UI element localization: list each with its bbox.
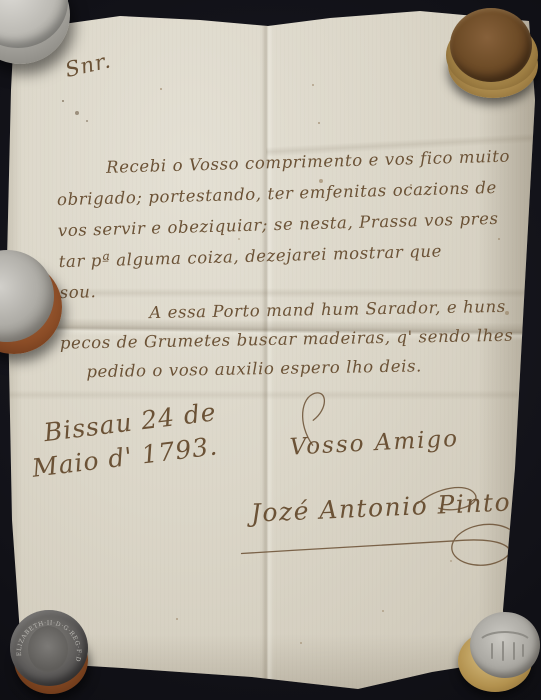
paragraph-2: A essa Porto mand hum Sarador, e huns pe… (59, 291, 538, 386)
salutation: Snr. (63, 48, 114, 82)
handwritten-ink-layer: Snr. Recebi o Vosso comprimento e vos fi… (0, 0, 541, 700)
svg-text:ELIZABETH·II·D·G·REG·F·D·2013: ELIZABETH·II·D·G·REG·F·D·2013 (10, 610, 82, 663)
photo-of-manuscript-letter: Snr. Recebi o Vosso comprimento e vos fi… (0, 0, 541, 700)
closing-valediction: Vosso Amigo (289, 426, 460, 461)
signature: Jozé Antonio Pinto (250, 487, 511, 527)
letter-paper: Snr. Recebi o Vosso comprimento e vos fi… (0, 0, 541, 700)
silver-on-brass-coin-bottom-right (456, 610, 541, 696)
bronze-coin-stack-top-right (444, 6, 541, 102)
dark-bronze-coin-face (450, 8, 532, 82)
dateline: Bissau 24 de Maio d' 1793. (26, 395, 222, 486)
signature-paraph (241, 524, 514, 569)
coin-relief-design (470, 612, 540, 678)
paragraph-1: Recebi o Vosso comprimento e vos fico mu… (56, 140, 538, 308)
coin-inscription-text: ELIZABETH·II·D·G·REG·F·D·2013 (10, 610, 82, 663)
elizabeth-coin-bottom-left: ELIZABETH·II·D·G·REG·F·D·2013 (6, 608, 94, 698)
coin-inscription-arc: ELIZABETH·II·D·G·REG·F·D·2013 (10, 610, 88, 686)
